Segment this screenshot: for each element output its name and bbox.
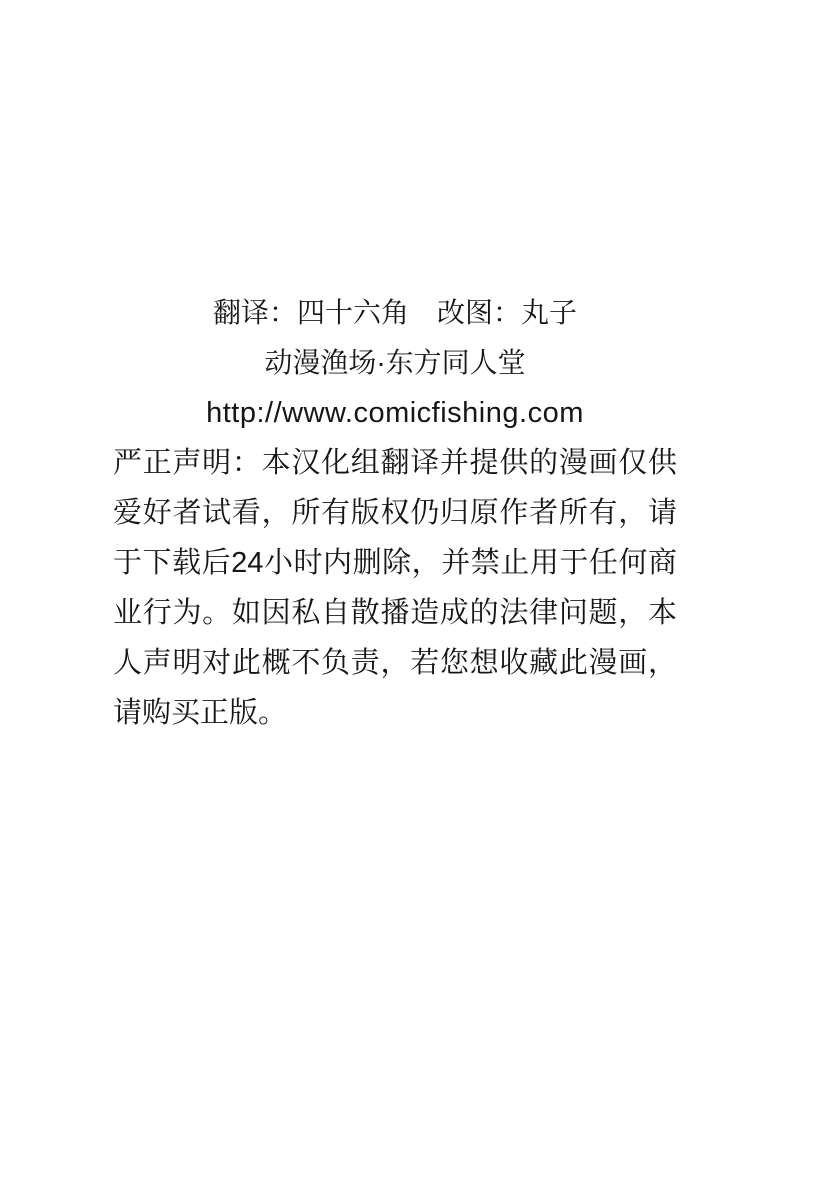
credits-group-name: 动漫渔场·东方同人堂 [113, 338, 677, 388]
credits-staff-line: 翻译：四十六角 改图：丸子 [113, 288, 677, 338]
disclaimer-line: 请购买正版。 [113, 688, 677, 738]
text-block: 翻译：四十六角 改图：丸子 动漫渔场·东方同人堂 http://www.comi… [113, 288, 677, 738]
disclaimer-line: 人声明对此概不负责，若您想收藏此漫画， [113, 638, 677, 688]
disclaimer-line: 业行为。如因私自散播造成的法律问题，本 [113, 588, 677, 638]
disclaimer-line: 于下载后24小时内删除，并禁止用于任何商 [113, 538, 677, 588]
disclaimer-line: 严正声明：本汉化组翻译并提供的漫画仅供 [113, 438, 677, 488]
disclaimer-line: 爱好者试看，所有版权仍归原作者所有，请 [113, 488, 677, 538]
credits-url: http://www.comicfishing.com [113, 388, 677, 438]
credits-page: 翻译：四十六角 改图：丸子 动漫渔场·东方同人堂 http://www.comi… [0, 0, 823, 1200]
